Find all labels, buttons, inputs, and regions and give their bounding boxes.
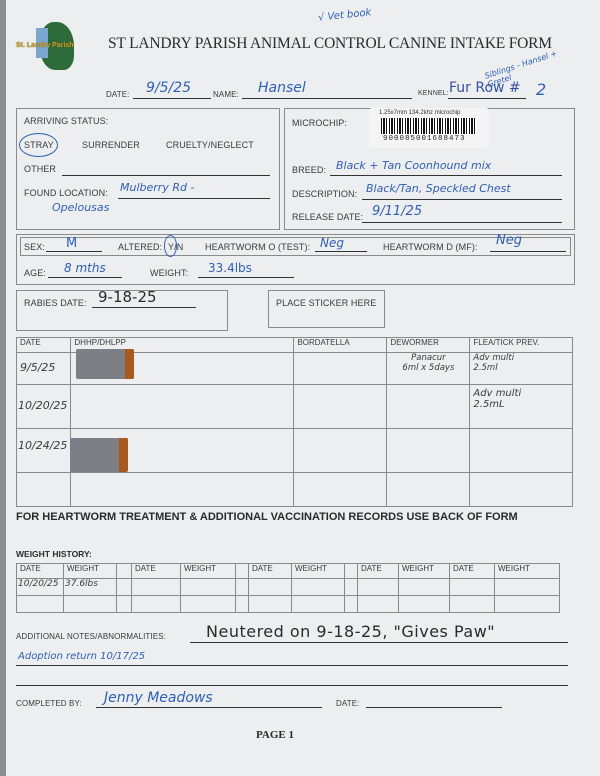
wh-header-date: DATE <box>450 564 495 579</box>
wh-header-weight: WEIGHT <box>399 564 450 579</box>
found-location-value-1[interactable]: Mulberry Rd - <box>120 181 194 194</box>
row-dewormer[interactable] <box>387 473 470 507</box>
barcode-icon <box>381 118 477 134</box>
wh-date-cell[interactable] <box>132 579 181 596</box>
row-dhpp[interactable] <box>71 385 294 429</box>
table-row: 10/20/25 Adv multi2.5mL <box>17 385 573 429</box>
wh-weight-cell[interactable] <box>64 596 117 613</box>
row-dewormer[interactable] <box>387 385 470 429</box>
notes-value-2[interactable]: Adoption return 10/17/25 <box>18 651 145 662</box>
wh-date-cell[interactable] <box>17 596 64 613</box>
wh-weight-cell[interactable]: 37.6lbs <box>64 579 117 596</box>
wh-spacer <box>236 579 249 596</box>
breed-label: BREED: <box>292 165 326 175</box>
status-option-cruelty[interactable]: CRUELTY/NEGLECT <box>166 140 254 150</box>
completed-by-signature[interactable]: Jenny Meadows <box>104 690 213 706</box>
row-flea-tick[interactable]: Adv multi2.5ml <box>470 353 573 385</box>
other-label: OTHER <box>24 164 56 174</box>
found-location-value-2[interactable]: Opelousas <box>52 201 109 214</box>
row-date[interactable]: 10/24/25 <box>17 429 71 473</box>
wh-date-cell[interactable] <box>132 596 181 613</box>
place-sticker-label: PLACE STICKER HERE <box>276 298 376 308</box>
arriving-status-label: ARRIVING STATUS: <box>24 116 108 126</box>
date-label: DATE: <box>106 90 129 99</box>
wh-spacer <box>236 564 249 579</box>
row-flea-tick[interactable] <box>470 473 573 507</box>
wh-header-weight: WEIGHT <box>495 564 560 579</box>
wh-weight-cell[interactable] <box>292 596 345 613</box>
row-bordatella[interactable] <box>294 353 387 385</box>
back-of-form-notice: FOR HEARTWORM TREATMENT & ADDITIONAL VAC… <box>16 511 518 523</box>
completed-by-label: COMPLETED BY: <box>16 699 82 708</box>
row-bordatella[interactable] <box>294 473 387 507</box>
wh-header-weight: WEIGHT <box>64 564 117 579</box>
found-location-label: FOUND LOCATION: <box>24 188 108 198</box>
wh-spacer <box>345 564 358 579</box>
kennel-value[interactable]: Fur Row # <box>449 80 521 96</box>
wh-header-weight: WEIGHT <box>292 564 345 579</box>
wh-weight-cell[interactable] <box>181 579 236 596</box>
completed-date-line[interactable] <box>366 695 502 708</box>
row-bordatella[interactable] <box>294 385 387 429</box>
row-date[interactable]: 10/20/25 <box>17 385 71 429</box>
wh-header-date: DATE <box>249 564 292 579</box>
wh-spacer <box>117 596 132 613</box>
wh-header-date: DATE <box>132 564 181 579</box>
wh-spacer <box>117 579 132 596</box>
breed-value[interactable]: Black + Tan Coonhound mix <box>336 159 491 172</box>
rabies-date-value[interactable]: 9-18-25 <box>98 288 157 306</box>
wh-weight-cell[interactable] <box>495 579 560 596</box>
vet-book-note: √ Vet book <box>318 7 372 24</box>
description-value[interactable]: Black/Tan, Speckled Chest <box>366 182 511 195</box>
other-line[interactable] <box>62 164 270 176</box>
weight-label: WEIGHT: <box>150 268 188 278</box>
age-value[interactable]: 8 mths <box>64 261 106 275</box>
vaccine-sticker-tab <box>125 349 134 379</box>
notes-label: ADDITIONAL NOTES/ABNORMALITIES: <box>16 632 166 641</box>
weight-row: 10/20/25 37.6lbs <box>17 579 560 596</box>
vaccine-sticker-1 <box>76 349 134 379</box>
kennel-label: KENNEL: <box>418 90 449 97</box>
wh-date-cell[interactable]: 10/20/25 <box>17 579 64 596</box>
header-dewormer: DEWORMER <box>387 338 470 353</box>
wh-spacer <box>345 596 358 613</box>
vaccine-sticker-2 <box>70 438 128 472</box>
altered-label: ALTERED: <box>118 242 162 252</box>
header-bordatella: BORDATELLA <box>294 338 387 353</box>
wh-weight-cell[interactable] <box>181 596 236 613</box>
hw-test-value[interactable]: Neg <box>320 236 344 250</box>
microchip-label: MICROCHIP: <box>292 118 347 128</box>
wh-header-date: DATE <box>17 564 64 579</box>
flea-dose: 2.5ml <box>473 363 569 373</box>
header-date: DATE <box>17 338 71 353</box>
hw-test-label: HEARTWORM O (TEST): <box>205 242 310 252</box>
wh-header-date: DATE <box>358 564 399 579</box>
status-option-surrender[interactable]: SURRENDER <box>82 140 140 150</box>
flea-dose: 2.5mL <box>473 399 569 410</box>
row-date[interactable] <box>17 473 71 507</box>
row-dewormer[interactable]: Panacur6ml x 5days <box>387 353 470 385</box>
name-label: NAME: <box>213 90 239 99</box>
notes-line-3 <box>16 672 568 686</box>
sex-label: SEX: <box>24 242 45 252</box>
row-bordatella[interactable] <box>294 429 387 473</box>
release-date-label: RELEASE DATE: <box>292 212 363 222</box>
header-flea-tick: FLEA/TICK PREV. <box>470 338 573 353</box>
wh-spacer <box>236 596 249 613</box>
weight-history-label: WEIGHT HISTORY: <box>16 549 92 559</box>
parish-logo: St. Landry Parish <box>16 20 78 75</box>
microchip-sticker: 1.25x7mm 134.2khz microchip 900085001688… <box>369 108 489 148</box>
intake-form-page: St. Landry Parish ST LANDRY PARISH ANIMA… <box>6 0 600 776</box>
completed-date-label: DATE: <box>336 699 359 708</box>
date-value[interactable]: 9/5/25 <box>146 80 191 96</box>
wh-date-cell[interactable] <box>450 579 495 596</box>
hw-mf-value[interactable]: Neg <box>496 233 522 248</box>
wh-date-cell[interactable] <box>249 596 292 613</box>
weight-row <box>17 596 560 613</box>
sex-value[interactable]: M <box>66 236 77 251</box>
wh-date-cell[interactable] <box>358 596 399 613</box>
table-row <box>17 473 573 507</box>
wh-spacer <box>117 564 132 579</box>
kennel-number[interactable]: 2 <box>536 80 546 99</box>
weight-table-header: DATE WEIGHT DATE WEIGHT DATE WEIGHT DATE… <box>17 564 560 579</box>
microchip-number: 900085001688473 <box>383 135 466 143</box>
notes-value-1[interactable]: Neutered on 9-18-25, "Gives Paw" <box>206 622 495 641</box>
wh-weight-cell[interactable] <box>399 596 450 613</box>
row-dhpp[interactable] <box>71 473 294 507</box>
altered-yes-circle-mark <box>164 235 177 257</box>
page-title: ST LANDRY PARISH ANIMAL CONTROL CANINE I… <box>108 35 552 53</box>
logo-text: St. Landry Parish <box>16 42 78 49</box>
wh-weight-cell[interactable] <box>399 579 450 596</box>
flea-product: Adv multi <box>473 353 569 363</box>
row-flea-tick[interactable]: Adv multi2.5mL <box>470 385 573 429</box>
page-number: PAGE 1 <box>256 729 294 741</box>
release-date-value[interactable]: 9/11/25 <box>372 204 422 219</box>
wh-date-cell[interactable] <box>249 579 292 596</box>
wh-spacer <box>345 579 358 596</box>
stray-circle-mark <box>19 133 58 157</box>
wh-weight-cell[interactable] <box>495 596 560 613</box>
wh-weight-cell[interactable] <box>292 579 345 596</box>
rabies-date-label: RABIES DATE: <box>24 298 87 308</box>
weight-history-table: DATE WEIGHT DATE WEIGHT DATE WEIGHT DATE… <box>16 563 560 613</box>
description-label: DESCRIPTION: <box>292 189 357 199</box>
dewormer-name: Panacur <box>390 353 466 363</box>
place-sticker-box <box>268 290 385 328</box>
microchip-caption: 1.25x7mm 134.2khz microchip <box>379 110 460 116</box>
wh-header-weight: WEIGHT <box>181 564 236 579</box>
wh-date-cell[interactable] <box>358 579 399 596</box>
dewormer-dose: 6ml x 5days <box>390 363 466 373</box>
row-dewormer[interactable] <box>387 429 470 473</box>
weight-value[interactable]: 33.4lbs <box>208 261 252 275</box>
row-date[interactable]: 9/5/25 <box>17 353 71 385</box>
hw-mf-label: HEARTWORM D (MF): <box>383 242 478 252</box>
vaccine-sticker-tab <box>119 438 128 472</box>
name-value[interactable]: Hansel <box>258 80 306 96</box>
row-flea-tick[interactable] <box>470 429 573 473</box>
wh-date-cell[interactable] <box>450 596 495 613</box>
age-label: AGE: <box>24 268 46 278</box>
flea-product: Adv multi <box>473 388 569 399</box>
